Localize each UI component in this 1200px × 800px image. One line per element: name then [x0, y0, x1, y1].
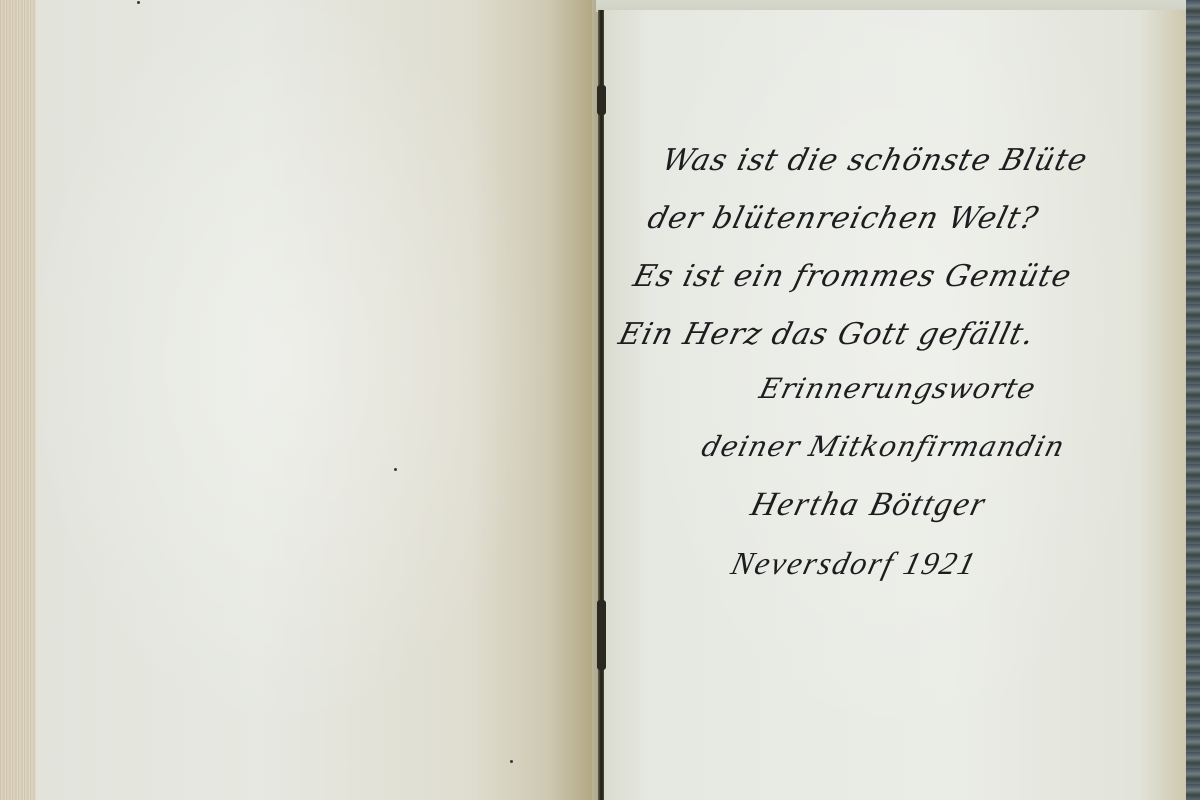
- paper-speck: [137, 1, 140, 4]
- gutter-binding-mark: [597, 85, 606, 115]
- dedication-line-2: deiner Mitkonfirmandin: [631, 418, 1135, 476]
- left-page-blank: [36, 0, 592, 800]
- book-gutter: [598, 10, 604, 800]
- paper-speck: [394, 468, 397, 471]
- gutter-binding-mark: [597, 600, 606, 670]
- left-page-stack-edge: [0, 0, 40, 800]
- verse-line-2: der blütenreichen Welt?: [641, 190, 1145, 248]
- signature-name: Hertha Böttger: [617, 476, 1121, 534]
- dedication-line-1: Erinnerungsworte: [646, 360, 1150, 418]
- book-photo: Was ist die schönste Blüte der blütenrei…: [0, 0, 1200, 800]
- paper-speck: [510, 760, 513, 763]
- signature-place-year: Neversdorf 1921: [602, 534, 1106, 592]
- right-background-edge: [1186, 0, 1200, 800]
- handwritten-dedication: Erinnerungsworte deiner Mitkonfirmandin …: [602, 360, 1150, 592]
- verse-line-1: Was ist die schönste Blüte: [656, 132, 1160, 190]
- verse-line-4: Ein Herz das Gott gefällt.: [612, 306, 1116, 364]
- verse-line-3: Es ist ein frommes Gemüte: [627, 248, 1131, 306]
- handwritten-verse: Was ist die schönste Blüte der blütenrei…: [612, 132, 1160, 364]
